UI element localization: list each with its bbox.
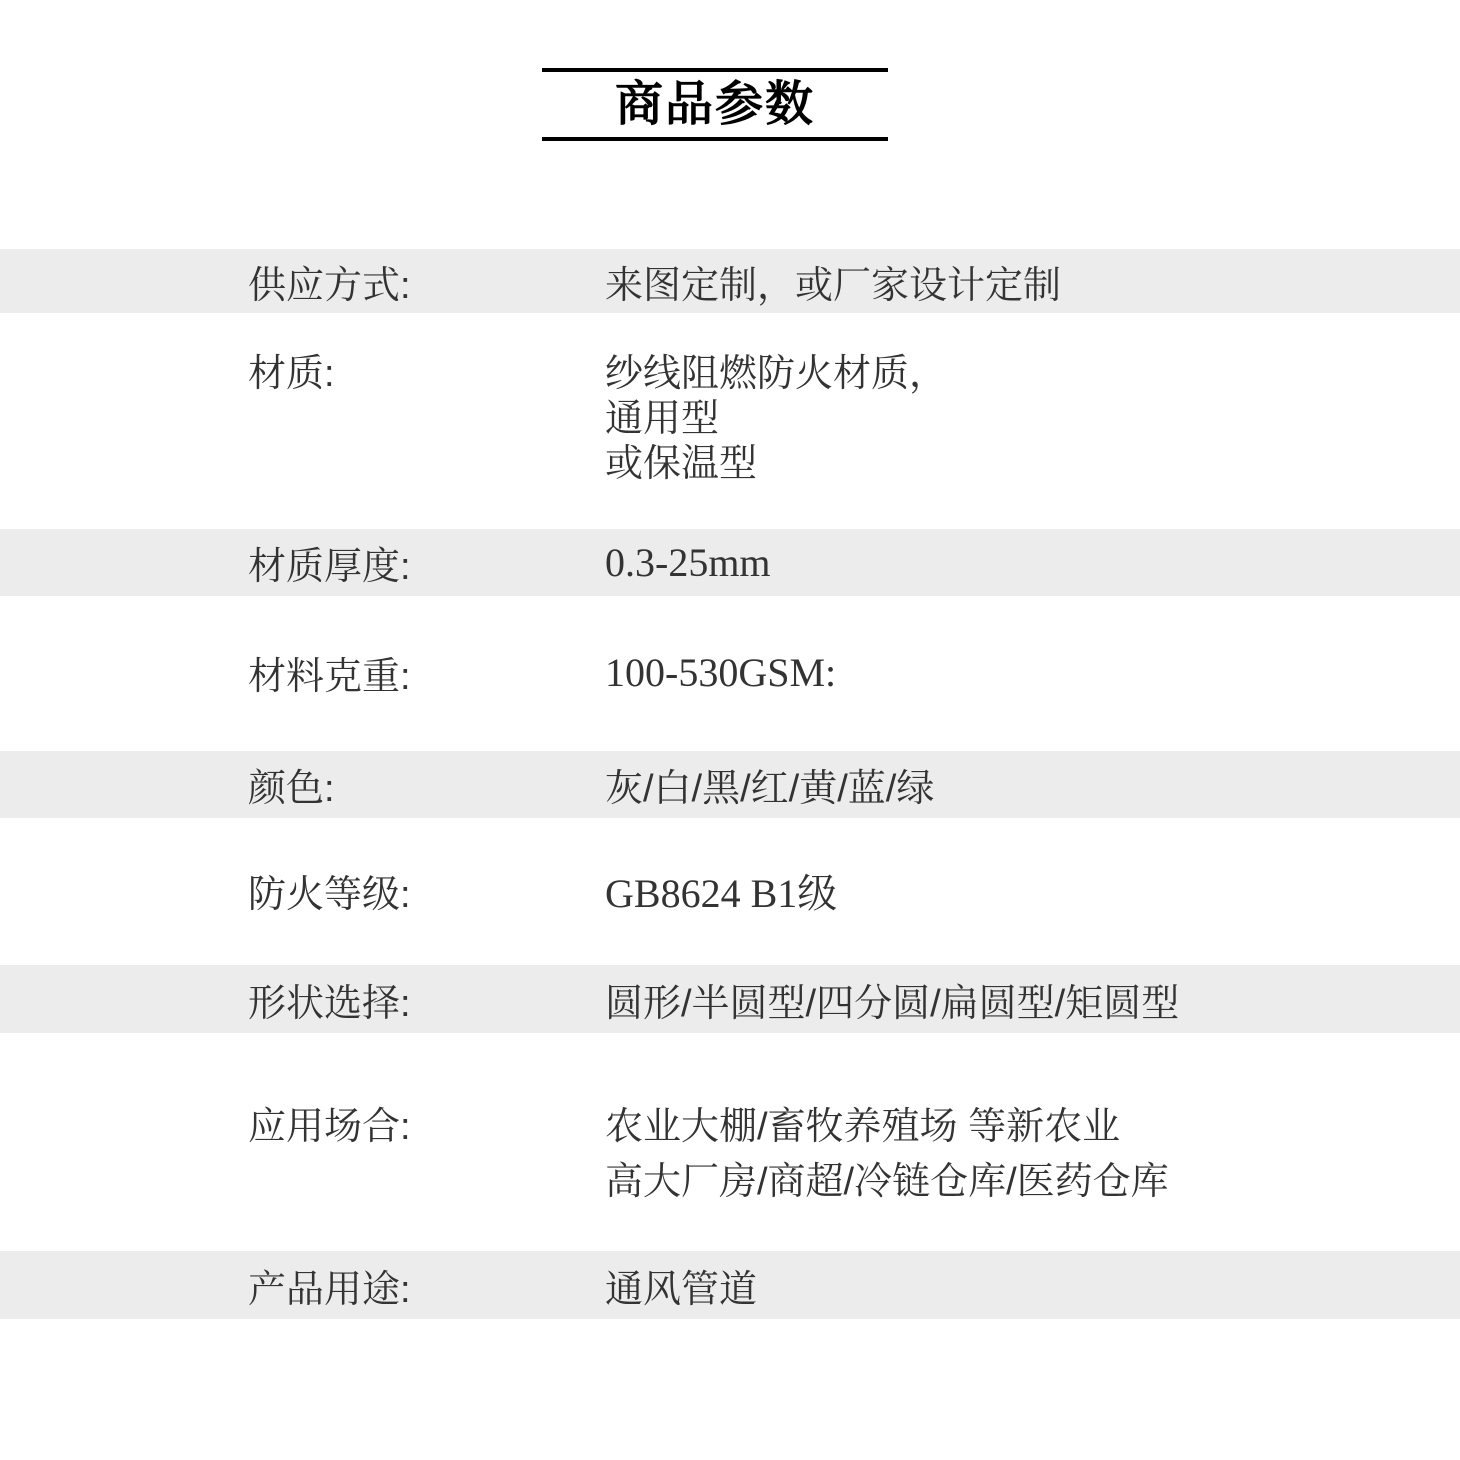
- spec-value: 灰/白/黑/红/黄/蓝/绿: [605, 757, 934, 812]
- spec-value-line: 灰/白/黑/红/黄/蓝/绿: [605, 757, 934, 812]
- spec-label: 材质:: [248, 352, 605, 397]
- spec-label: 颜色:: [248, 757, 605, 812]
- spec-row-application-scenarios: 应用场合: 农业大棚/畜牧养殖场 等新农业 高大厂房/商超/冷链仓库/医药仓库: [0, 1100, 1460, 1210]
- spec-value-line: 纱线阻燃防火材质，: [605, 352, 947, 397]
- spec-row-product-use: 产品用途: 通风管道: [0, 1251, 1460, 1319]
- spec-value-line: 或保温型: [605, 442, 947, 487]
- spec-value-line: 来图定制，或厂家设计定制: [605, 254, 1061, 309]
- spec-label: 材质厚度:: [248, 535, 605, 590]
- spec-label: 供应方式:: [248, 254, 605, 309]
- spec-value-line: 0.3-25mm: [605, 539, 771, 586]
- spec-label: 应用场合:: [248, 1100, 605, 1155]
- spec-value-line: 通用型: [605, 397, 947, 442]
- section-title: 商品参数: [542, 68, 888, 141]
- spec-value-line: 通风管道: [605, 1258, 757, 1313]
- spec-value: 圆形/半圆型/四分圆/扁圆型/矩圆型: [605, 972, 1179, 1027]
- spec-value: 0.3-25mm: [605, 539, 771, 586]
- spec-value-line: 圆形/半圆型/四分圆/扁圆型/矩圆型: [605, 972, 1179, 1027]
- spec-value: 通风管道: [605, 1258, 757, 1313]
- spec-value-line: 100-530GSM:: [605, 649, 836, 696]
- spec-label: 材料克重:: [248, 645, 605, 700]
- spec-value: 纱线阻燃防火材质， 通用型 或保温型: [605, 352, 947, 487]
- spec-row-shape-options: 形状选择: 圆形/半圆型/四分圆/扁圆型/矩圆型: [0, 965, 1460, 1033]
- spec-value: 来图定制，或厂家设计定制: [605, 254, 1061, 309]
- section-title-text: 商品参数: [615, 78, 815, 131]
- spec-row-fire-rating: 防火等级: GB8624 B1级: [0, 866, 1460, 914]
- spec-row-supply-method: 供应方式: 来图定制，或厂家设计定制: [0, 249, 1460, 313]
- spec-value: 农业大棚/畜牧养殖场 等新农业 高大厂房/商超/冷链仓库/医药仓库: [605, 1100, 1169, 1210]
- spec-row-color: 颜色: 灰/白/黑/红/黄/蓝/绿: [0, 751, 1460, 818]
- spec-value-line: 农业大棚/畜牧养殖场 等新农业: [605, 1100, 1169, 1155]
- spec-row-material-weight: 材料克重: 100-530GSM:: [0, 648, 1460, 696]
- spec-row-material: 材质: 纱线阻燃防火材质， 通用型 或保温型: [0, 352, 1460, 487]
- spec-label: 形状选择:: [248, 972, 605, 1027]
- product-parameters-page: 商品参数 供应方式: 来图定制，或厂家设计定制 材质: 纱线阻燃防火材质， 通用…: [0, 0, 1460, 1460]
- spec-value: GB8624 B1级: [605, 862, 837, 919]
- spec-value-line: GB8624 B1级: [605, 862, 837, 919]
- spec-label: 防火等级:: [248, 863, 605, 918]
- spec-value-line: 高大厂房/商超/冷链仓库/医药仓库: [605, 1155, 1169, 1210]
- spec-value: 100-530GSM:: [605, 649, 836, 696]
- spec-row-material-thickness: 材质厚度: 0.3-25mm: [0, 529, 1460, 596]
- spec-label: 产品用途:: [248, 1258, 605, 1313]
